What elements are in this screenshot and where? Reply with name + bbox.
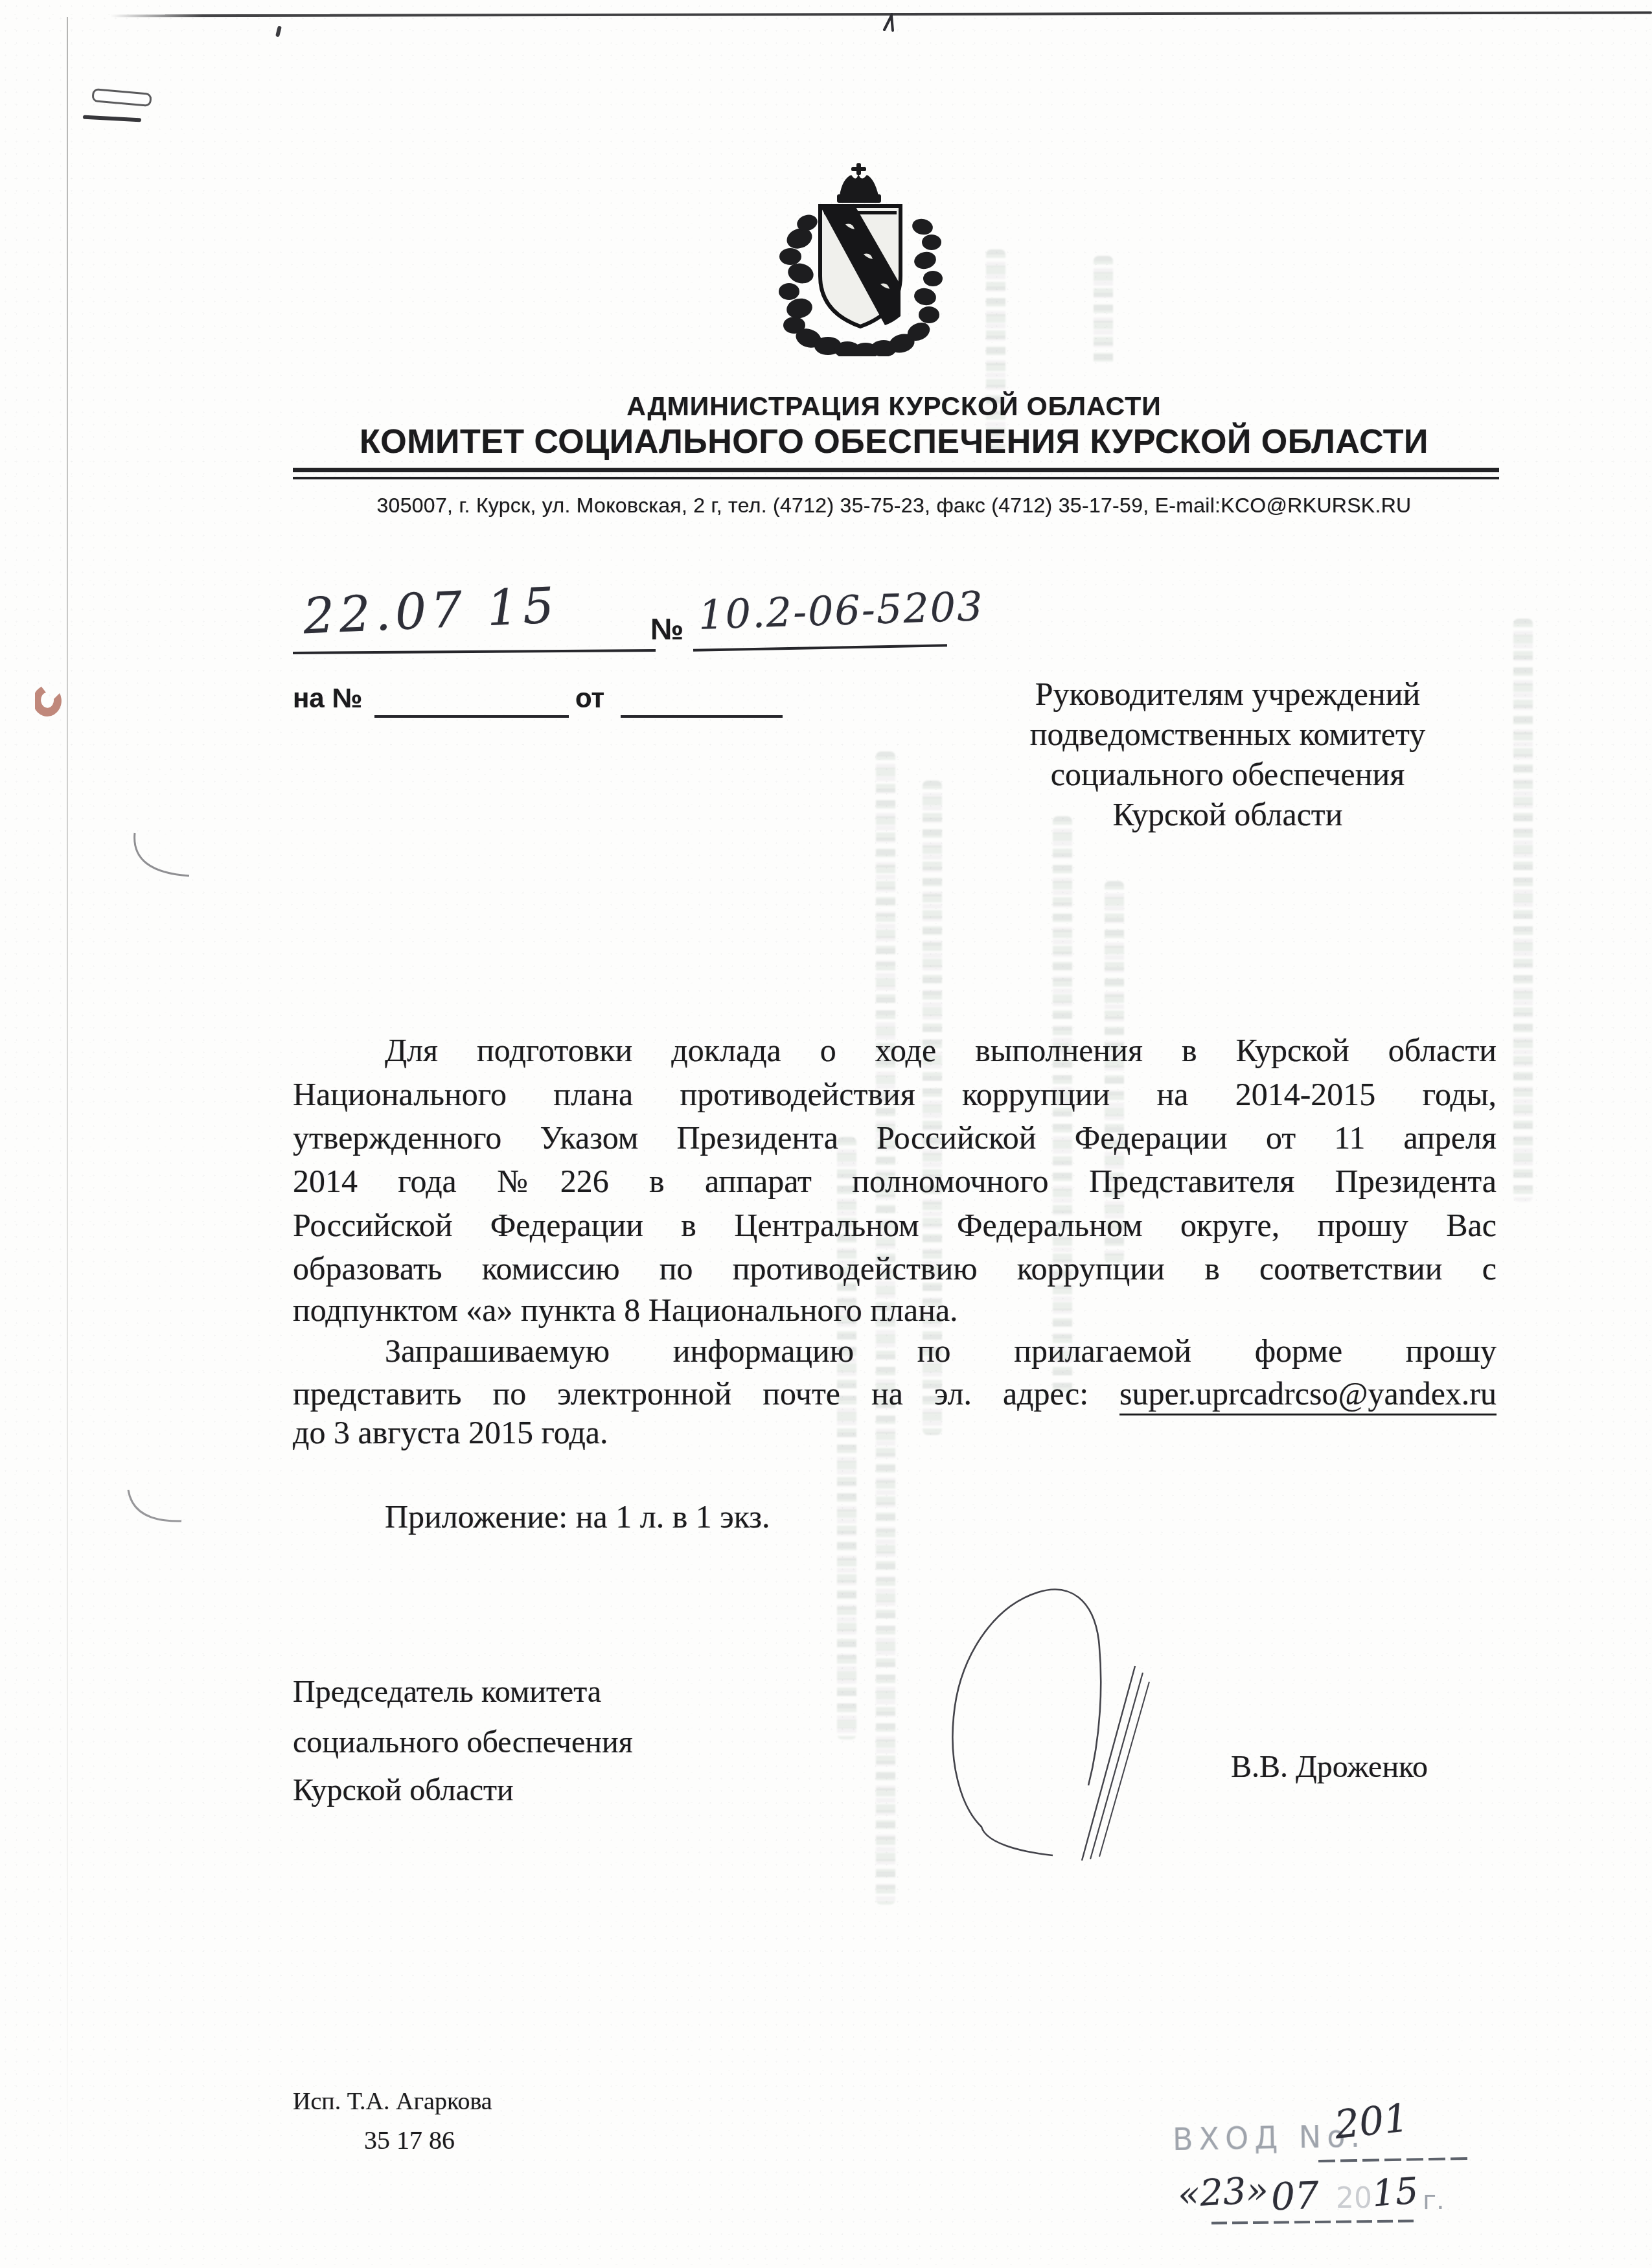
signer-position-line: Председатель комитета — [293, 1674, 601, 1710]
signer-name: В.В. Дроженко — [1231, 1749, 1428, 1785]
email-address: super.uprcadrcso@yandex.ru — [1119, 1375, 1497, 1415]
outgoing-date-handwritten: 22.07 15 — [302, 576, 560, 645]
attachment-note: Приложение: на 1 л. в 1 экз. — [293, 1498, 770, 1535]
stray-ink-mark — [275, 26, 282, 38]
stray-pen-mark — [882, 13, 899, 32]
bleed-through-streak — [1094, 256, 1113, 366]
org-address-line: 305007, г. Курск, ул. Моковская, 2 г, те… — [285, 494, 1503, 518]
recipient-line: Курской области — [994, 794, 1461, 834]
recipient-line: подведомственных комитету — [994, 714, 1461, 754]
number-underline — [693, 644, 947, 652]
executor-name: Исп. Т.А. Агаркова — [293, 2087, 492, 2116]
incoming-year-prefix: 20 — [1336, 2182, 1372, 2215]
incoming-number-handwritten: 201 — [1333, 2095, 1411, 2148]
body-line: Российской Федерации в Центральном Федер… — [293, 1206, 1497, 1244]
outgoing-number-handwritten: 10.2-06-5203 — [698, 582, 985, 639]
pencil-arc-mark — [127, 1483, 187, 1529]
org-name-title: КОМИТЕТ СОЦИАЛЬНОГО ОБЕСПЕЧЕНИЯ КУРСКОЙ … — [285, 422, 1503, 461]
reply-date-underline — [621, 715, 783, 718]
recipient-block: Руководителям учреждений подведомственны… — [994, 674, 1461, 834]
executor-phone: 35 17 86 — [364, 2125, 455, 2155]
incoming-day-handwritten: «23» — [1176, 2169, 1269, 2216]
paper-left-edge — [67, 17, 68, 2245]
reply-number-underline — [374, 715, 569, 718]
scanned-letter-page: АДМИНИСТРАЦИЯ КУРСКОЙ ОБЛАСТИ КОМИТЕТ СО… — [0, 0, 1652, 2268]
number-sign-label: № — [650, 612, 683, 647]
signer-position-line: Курской области — [293, 1772, 514, 1808]
incoming-date-underline — [1211, 2219, 1419, 2224]
handwritten-signature — [920, 1568, 1192, 1866]
recipient-line: Руководителям учреждений — [994, 674, 1461, 714]
body-line: до 3 августа 2015 года. — [293, 1414, 1497, 1451]
red-smudge-mark — [35, 682, 65, 722]
recipient-line: социального обеспечения — [994, 754, 1461, 794]
letterhead-rule-thick — [293, 468, 1499, 472]
paperclip-shadow-mark — [83, 115, 141, 122]
body-line: подпунктом «а» пункта 8 Национального пл… — [293, 1291, 1497, 1329]
body-line-text: представить по электронной почте на эл. … — [293, 1375, 1119, 1412]
incoming-month-handwritten: 07 — [1270, 2173, 1320, 2219]
body-line: образовать комиссию по противодействию к… — [293, 1250, 1497, 1287]
body-line: Для подготовки доклада о ходе выполнения… — [293, 1031, 1497, 1069]
incoming-year-suffix: г. — [1423, 2186, 1445, 2216]
pencil-arc-mark — [131, 832, 193, 880]
body-line: утвержденного Указом Президента Российск… — [293, 1119, 1497, 1156]
paper-top-edge — [110, 12, 1652, 17]
paperclip-mark — [91, 88, 152, 107]
body-line-with-email: представить по электронной почте на эл. … — [293, 1375, 1497, 1412]
reply-from-label: от — [575, 683, 604, 714]
date-underline — [293, 649, 656, 654]
body-line: 2014 года №226 в аппарат полномочного Пр… — [293, 1162, 1497, 1200]
signer-position-line: социального обеспечения — [293, 1724, 633, 1760]
org-parent-title: АДМИНИСТРАЦИЯ КУРСКОЙ ОБЛАСТИ — [285, 391, 1503, 422]
body-line: Национального плана противодействия корр… — [293, 1075, 1497, 1113]
kursk-coat-of-arms — [775, 162, 948, 356]
reply-to-number-label: на № — [293, 683, 362, 714]
letterhead-rule-thin — [293, 477, 1499, 479]
incoming-number-underline — [1318, 2157, 1467, 2162]
incoming-year-handwritten: 15 — [1371, 2170, 1420, 2216]
bleed-through-streak — [1513, 619, 1533, 1202]
body-line: Запрашиваемую информацию по прилагаемой … — [293, 1332, 1497, 1369]
